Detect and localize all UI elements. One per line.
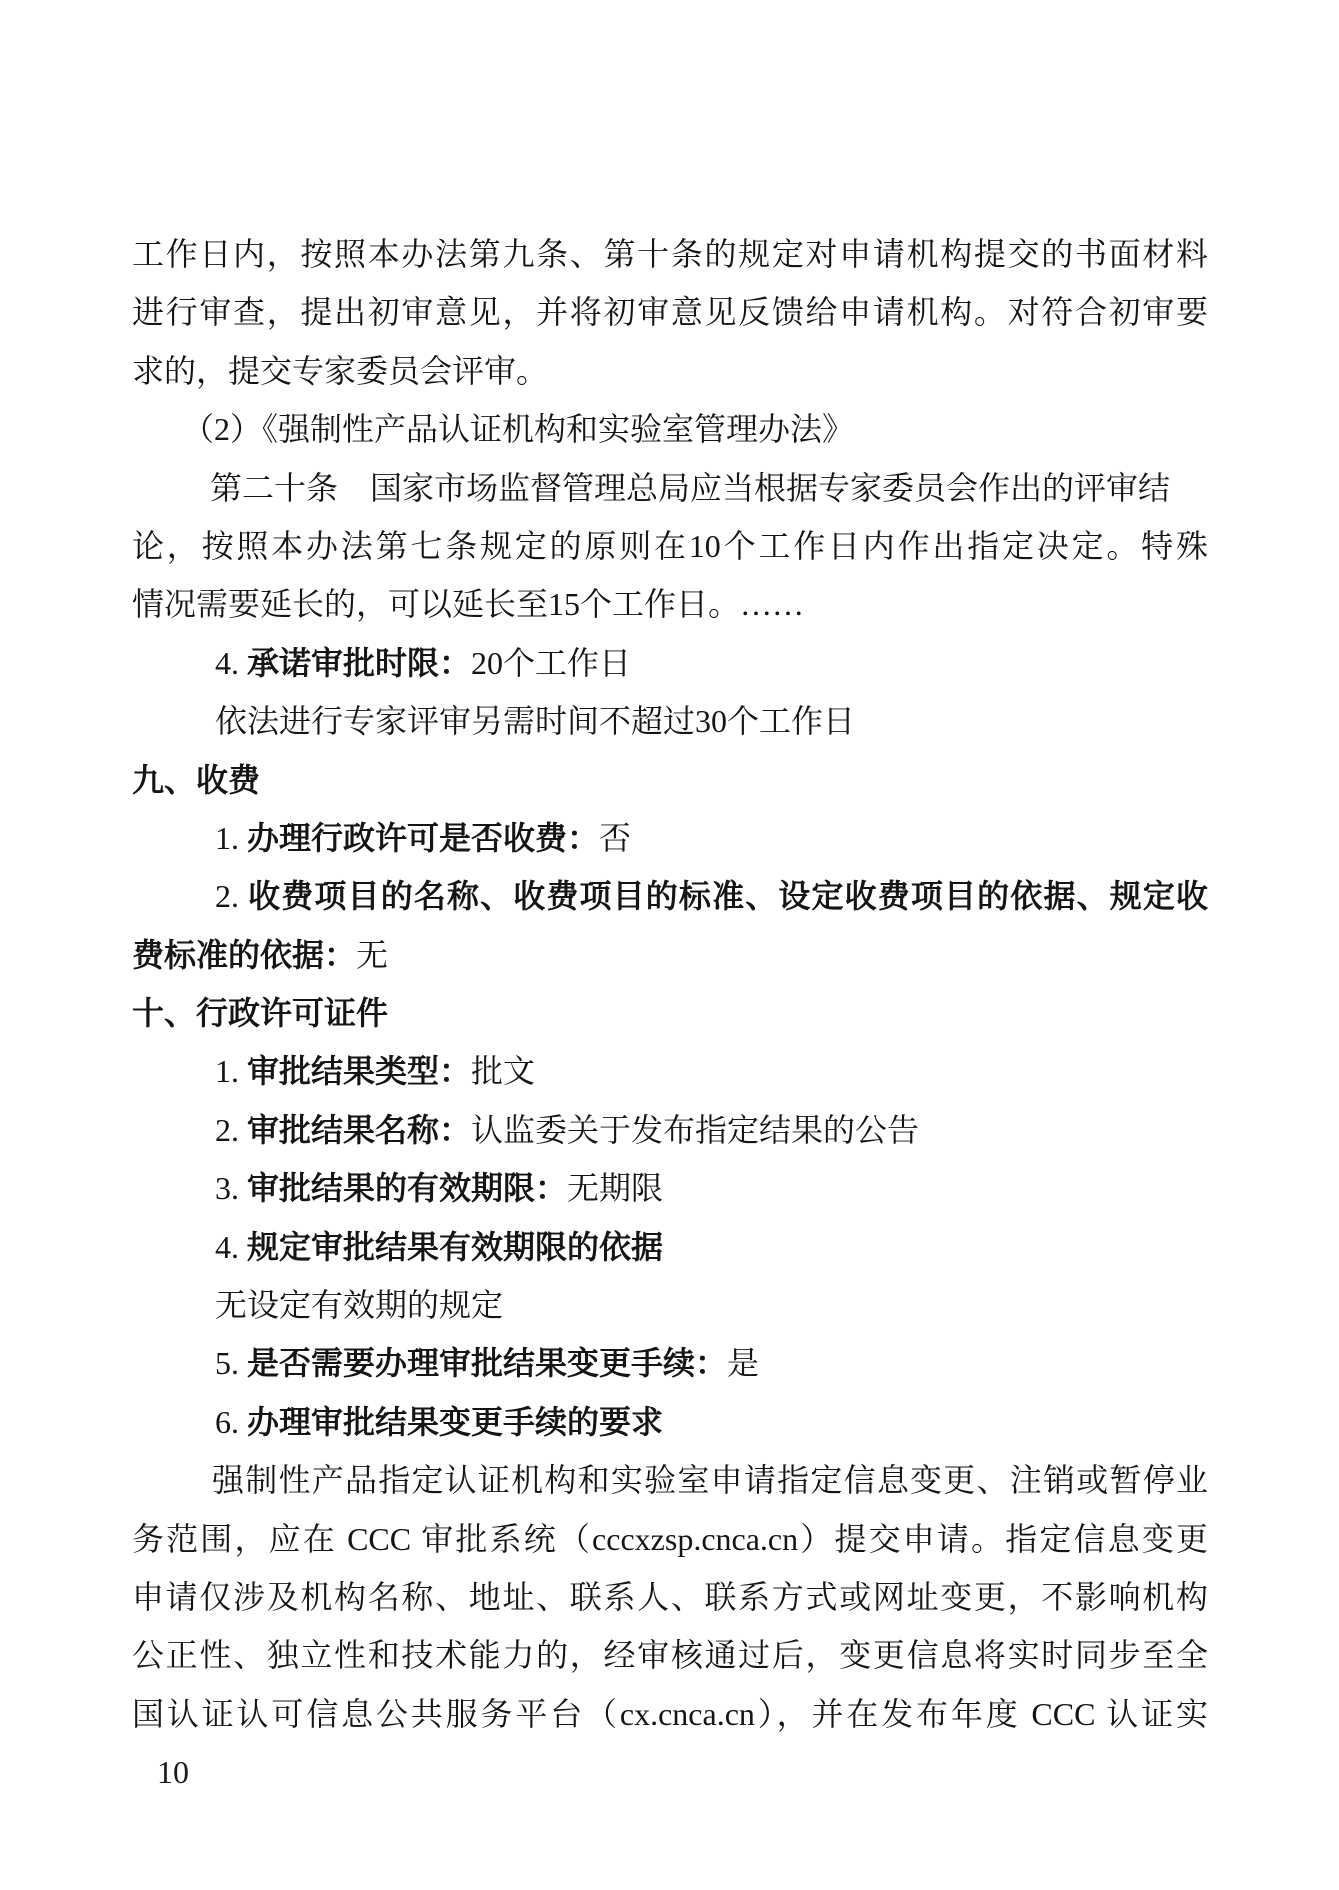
text-segment-bold: 办理行政许可是否收费：	[247, 820, 599, 856]
text-segment: 工作日内，按照本办法第九条、第十条的规定对申请机构提交的书面材料	[132, 236, 1208, 272]
text-segment: 2.	[215, 878, 248, 914]
text-line: 申请仅涉及机构名称、地址、联系人、联系方式或网址变更，不影响机构	[132, 1568, 1208, 1626]
text-segment: 无	[356, 937, 388, 973]
text-segment: 强制性产品指定认证机构和实验室申请指定信息变更、注销或暂停业	[212, 1462, 1208, 1498]
text-segment-bold: 收费项目的名称、收费项目的标准、设定收费项目的依据、规定收	[248, 878, 1208, 914]
text-segment: 国认证认可信息公共服务平台（cx.cnca.cn），并在发布年度 CCC 认证实	[132, 1696, 1208, 1732]
text-line: 依法进行专家评审另需时间不超过30个工作日	[132, 692, 1208, 750]
text-line: 情况需要延长的，可以延长至15个工作日。……	[132, 575, 1208, 633]
text-line: 进行审查，提出初审意见，并将初审意见反馈给申请机构。对符合初审要	[132, 283, 1208, 341]
text-segment: 第二十条 国家市场监督管理总局应当根据专家委员会作出的评审结	[210, 470, 1170, 506]
text-line: 强制性产品指定认证机构和实验室申请指定信息变更、注销或暂停业	[132, 1451, 1208, 1509]
text-line: 4. 规定审批结果有效期限的依据	[132, 1218, 1208, 1276]
text-line: 5. 是否需要办理审批结果变更手续：是	[132, 1334, 1208, 1392]
text-segment: 否	[599, 820, 631, 856]
text-segment: 申请仅涉及机构名称、地址、联系人、联系方式或网址变更，不影响机构	[132, 1579, 1208, 1615]
document-page: { "page": { "number": "10", "background_…	[0, 0, 1339, 1890]
text-line: 2. 审批结果名称：认监委关于发布指定结果的公告	[132, 1101, 1208, 1159]
text-line: 公正性、独立性和技术能力的，经审核通过后，变更信息将实时同步至全	[132, 1626, 1208, 1684]
text-segment: 情况需要延长的，可以延长至15个工作日。……	[132, 586, 804, 622]
text-segment: （2）《强制性产品认证机构和实验室管理办法》	[182, 411, 854, 447]
text-segment: 认监委关于发布指定结果的公告	[471, 1112, 919, 1148]
text-segment: 进行审查，提出初审意见，并将初审意见反馈给申请机构。对符合初审要	[132, 294, 1208, 330]
text-segment: 20个工作日	[471, 645, 631, 681]
text-segment-bold: 审批结果名称：	[247, 1112, 471, 1148]
text-segment: 4.	[215, 1229, 247, 1265]
text-segment-bold: 是否需要办理审批结果变更手续：	[247, 1345, 727, 1381]
text-line: 无设定有效期的规定	[132, 1276, 1208, 1334]
text-line: 国认证认可信息公共服务平台（cx.cnca.cn），并在发布年度 CCC 认证实	[132, 1685, 1208, 1743]
text-segment: 是	[727, 1345, 759, 1381]
text-segment: 求的，提交专家委员会评审。	[132, 353, 548, 389]
text-line: 第二十条 国家市场监督管理总局应当根据专家委员会作出的评审结	[132, 459, 1208, 517]
text-segment: 论，按照本办法第七条规定的原则在10个工作日内作出指定决定。特殊	[132, 528, 1208, 564]
text-line: 求的，提交专家委员会评审。	[132, 342, 1208, 400]
text-segment: 1.	[215, 820, 247, 856]
text-segment: 3.	[215, 1170, 247, 1206]
text-segment: 批文	[471, 1053, 535, 1089]
text-segment-bold: 十、行政许可证件	[132, 995, 388, 1031]
text-line: （2）《强制性产品认证机构和实验室管理办法》	[132, 400, 1208, 458]
text-segment: 2.	[215, 1112, 247, 1148]
text-line: 3. 审批结果的有效期限：无期限	[132, 1159, 1208, 1217]
text-segment: 务范围，应在 CCC 审批系统（cccxzsp.cnca.cn）提交申请。指定信…	[132, 1521, 1208, 1557]
text-line: 2. 收费项目的名称、收费项目的标准、设定收费项目的依据、规定收	[132, 867, 1208, 925]
text-segment: 依法进行专家评审另需时间不超过30个工作日	[215, 703, 855, 739]
text-line: 务范围，应在 CCC 审批系统（cccxzsp.cnca.cn）提交申请。指定信…	[132, 1510, 1208, 1568]
text-line: 费标准的依据：无	[132, 926, 1208, 984]
text-segment-bold: 承诺审批时限：	[247, 645, 471, 681]
text-segment-bold: 审批结果类型：	[247, 1053, 471, 1089]
text-segment-bold: 审批结果的有效期限：	[247, 1170, 567, 1206]
text-segment-bold: 规定审批结果有效期限的依据	[247, 1229, 663, 1265]
text-line: 1. 办理行政许可是否收费：否	[132, 809, 1208, 867]
text-segment: 无期限	[567, 1170, 663, 1206]
text-line: 1. 审批结果类型：批文	[132, 1042, 1208, 1100]
text-segment: 公正性、独立性和技术能力的，经审核通过后，变更信息将实时同步至全	[132, 1637, 1208, 1673]
page-number: 10	[157, 1752, 189, 1792]
page-body: 工作日内，按照本办法第九条、第十条的规定对申请机构提交的书面材料进行审查，提出初…	[132, 225, 1208, 1743]
text-segment: 无设定有效期的规定	[215, 1287, 503, 1323]
text-segment-bold: 办理审批结果变更手续的要求	[247, 1404, 663, 1440]
text-segment: 1.	[215, 1053, 247, 1089]
text-line: 十、行政许可证件	[132, 984, 1208, 1042]
text-line: 6. 办理审批结果变更手续的要求	[132, 1393, 1208, 1451]
text-segment: 6.	[215, 1404, 247, 1440]
text-line: 九、收费	[132, 751, 1208, 809]
text-segment: 5.	[215, 1345, 247, 1381]
text-segment-bold: 九、收费	[132, 762, 260, 798]
text-line: 4. 承诺审批时限：20个工作日	[132, 634, 1208, 692]
text-segment-bold: 费标准的依据：	[132, 937, 356, 973]
text-line: 论，按照本办法第七条规定的原则在10个工作日内作出指定决定。特殊	[132, 517, 1208, 575]
text-segment: 4.	[215, 645, 247, 681]
text-line: 工作日内，按照本办法第九条、第十条的规定对申请机构提交的书面材料	[132, 225, 1208, 283]
